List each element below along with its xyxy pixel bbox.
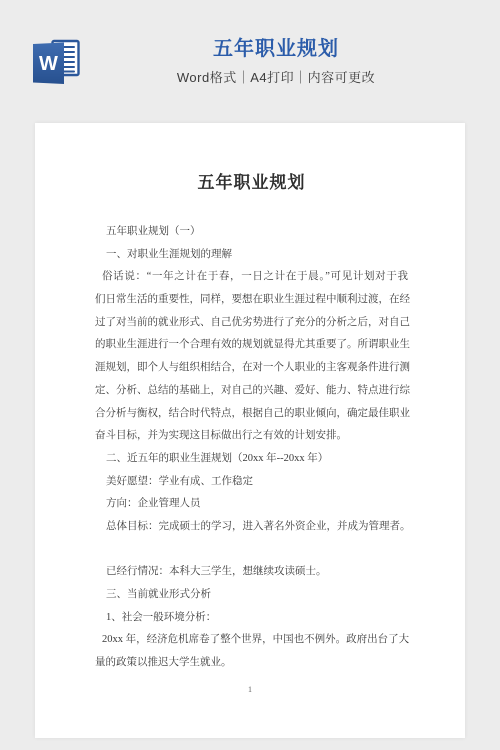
doc-line: [95, 539, 408, 562]
doc-line: 一、对职业生涯规划的理解: [95, 244, 408, 267]
doc-line: 已经行情况：本科大三学生，想继续攻读硕士。: [95, 561, 408, 584]
header-text: 五年职业规划 Word格式｜A4打印｜内容可更改: [82, 36, 470, 87]
doc-line: 二、近五年的职业生涯规划（20xx 年--20xx 年）: [95, 448, 408, 471]
doc-line: 涯规划，即个人与组织相结合，在对一个人职业的主客观条件进行测: [95, 357, 408, 380]
header: W 五年职业规划 Word格式｜A4打印｜内容可更改: [0, 0, 500, 123]
document-page: 五年职业规划 五年职业规划（一）一、对职业生涯规划的理解俗话说：“一年之计在于春…: [35, 123, 465, 738]
doc-line: 过了对当前的就业形式、自己优劣势进行了充分的分析之后，对自己: [95, 312, 408, 335]
page-number: 1: [35, 685, 465, 694]
page-subtitle: Word格式｜A4打印｜内容可更改: [82, 69, 470, 87]
doc-line: 五年职业规划（一）: [95, 221, 408, 244]
svg-text:W: W: [39, 53, 58, 75]
document-body: 五年职业规划（一）一、对职业生涯规划的理解俗话说：“一年之计在于春，一日之计在于…: [95, 221, 408, 675]
doc-line: 方向：企业管理人员: [95, 493, 408, 516]
doc-line: 们日常生活的重要性，同样，要想在职业生涯过程中顺利过渡，在经: [95, 289, 408, 312]
word-icon: W: [30, 39, 82, 86]
doc-line: 20xx 年，经济危机席卷了整个世界，中国也不例外。政府出台了大: [95, 629, 408, 652]
doc-line: 总体目标：完成硕士的学习，进入著名外资企业，并成为管理者。: [95, 516, 408, 539]
document-title: 五年职业规划: [95, 171, 408, 195]
doc-line: 俗话说：“一年之计在于春，一日之计在于晨。”可见计划对于我: [95, 266, 408, 289]
doc-line: 定、分析、总结的基础上，对自己的兴趣、爱好、能力、特点进行综: [95, 380, 408, 403]
doc-line: 的职业生涯进行一个合理有效的规划就显得尤其重要了。所谓职业生: [95, 334, 408, 357]
doc-line: 美好愿望：学业有成、工作稳定: [95, 471, 408, 494]
page-title: 五年职业规划: [82, 36, 470, 62]
doc-line: 三、当前就业形式分析: [95, 584, 408, 607]
doc-line: 量的政策以推迟大学生就业。: [95, 652, 408, 675]
document-preview-screen: W 五年职业规划 Word格式｜A4打印｜内容可更改 五年职业规划 五年职业规划…: [0, 0, 500, 750]
doc-line: 奋斗目标，并为实现这目标做出行之有效的计划安排。: [95, 425, 408, 448]
doc-line: 1、社会一般环境分析：: [95, 607, 408, 630]
doc-line: 合分析与衡权，结合时代特点，根据自己的职业倾向，确定最佳职业: [95, 403, 408, 426]
